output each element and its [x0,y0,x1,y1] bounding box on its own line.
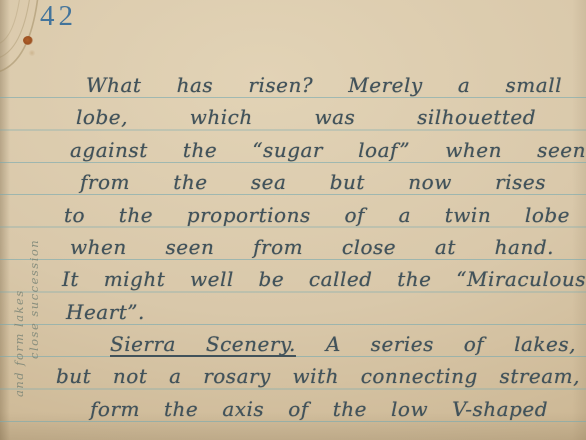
section-heading-rest: A series of lakes, [326,332,576,356]
notebook-page: 42 and form lakes close succession What … [0,0,586,440]
handwritten-line: against the “sugar loaf” when seen [70,137,586,164]
handwritten-line: lobe, which was silhouetted [76,104,536,131]
margin-note-line: close succession [27,227,42,397]
margin-note: and form lakes close succession [12,227,44,397]
handwritten-line: form the axis of the low V-shaped [90,396,548,423]
section-heading: Sierra Scenery. [110,332,296,356]
handwritten-line: Heart”. [66,299,145,326]
margin-note-line: and form lakes [12,227,27,397]
handwritten-line: when seen from close at hand. [70,234,554,261]
handwritten-line: from the sea but now rises [80,169,546,196]
handwritten-line: Sierra Scenery. A series of lakes, [110,331,576,358]
handwritten-line: It might well be called the “Miraculous [62,266,586,293]
faint-smudge [28,50,36,56]
handwritten-line: but not a rosary with connecting stream, [56,363,580,390]
handwritten-line: What has risen? Merely a small [86,72,562,99]
page-number: 42 [40,0,77,33]
handwritten-line: to the proportions of a twin lobe [64,202,570,229]
stain-spot [23,36,33,45]
